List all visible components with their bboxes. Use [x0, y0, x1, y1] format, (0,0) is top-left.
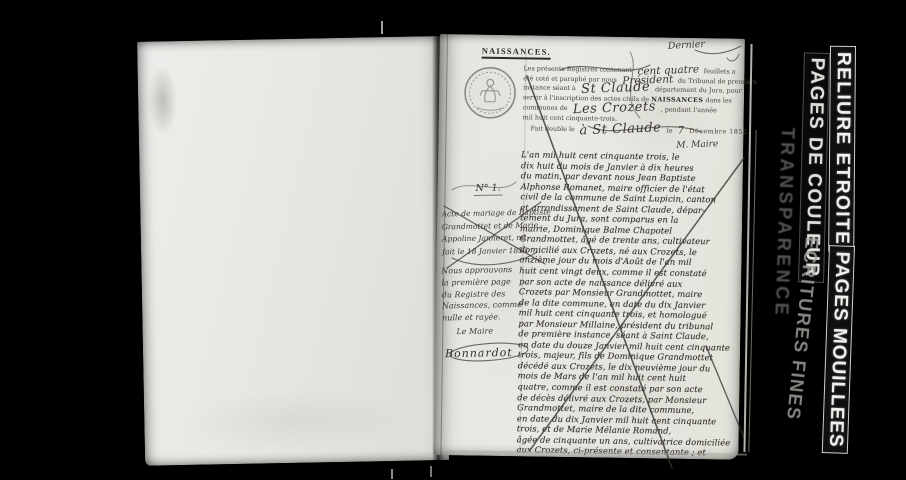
handwritten-fill: 7 — [678, 128, 685, 134]
printed-text: département du Jura, pour — [655, 86, 742, 95]
margin-note-line: Appoline Janneret, né — [442, 232, 522, 246]
printed-text: instance séant à — [523, 84, 576, 93]
printed-text: , pendant l'année — [661, 105, 717, 114]
printed-bold-word: NAISSANCES — [651, 95, 703, 104]
printed-register-declaration: Les présents Registres contenant cent qu… — [522, 64, 741, 137]
film-scratch — [391, 469, 393, 479]
printed-text: Les présents Registres contenant — [523, 64, 632, 74]
handwritten-fill: à St Claude — [580, 126, 662, 135]
printed-text: le — [667, 127, 673, 135]
mayor-signature: Bonnardot — [445, 346, 513, 360]
right-register-page: NAISSANCES. Dernier Les présents Registr… — [433, 34, 745, 460]
approval-note-line: Naissances, comme — [442, 299, 522, 312]
handwritten-fill: Les Crozets — [573, 104, 656, 113]
approval-note-line: la première page — [441, 276, 521, 289]
film-scratch — [381, 21, 383, 34]
printed-text: du Tribunal de première — [678, 76, 757, 85]
handwritten-fill: St Claude — [581, 85, 650, 94]
left-blank-page — [137, 36, 449, 466]
form-date-line: Fait double le à St Claude le 7 Décembre… — [522, 125, 740, 138]
label-transparence: TRANSPARENCE — [770, 127, 798, 318]
act-number: N° 1. — [473, 182, 502, 196]
label-pages-mouillees: PAGES MOUILLEES — [822, 245, 855, 454]
margin-crossed-note: Acte de mariage de BaptisteGrandmottet e… — [441, 207, 522, 259]
printed-text: communes de — [523, 103, 568, 112]
register-type-heading: NAISSANCES. — [482, 46, 551, 60]
printed-text: Fait double le — [530, 125, 574, 134]
margin-approval-note: Nous approuvonsla première pagedu Regist… — [441, 264, 522, 338]
approval-note-line: Le Maire — [442, 323, 522, 338]
corner-handwritten-note: Dernier — [668, 39, 706, 52]
printed-text: dans les — [705, 96, 732, 104]
margin-note-line: fait le 18 Janvier 1853 — [442, 244, 522, 258]
printed-date: Décembre 1852. — [689, 127, 750, 136]
label-reliure-etroite: RELIURE ETROITE — [828, 46, 856, 252]
printed-text: feuillets a — [704, 67, 736, 75]
margin-note-line: Acte de mariage de Baptiste — [441, 207, 521, 221]
official-seal-icon — [463, 65, 518, 120]
microfilm-scan: NAISSANCES. Dernier Les présents Registr… — [0, 0, 906, 480]
film-scratch — [430, 466, 432, 477]
birth-act-text: L'an mil huit cent cinquante trois, ledi… — [516, 149, 741, 458]
maire-handwritten-note: M. Maire — [676, 139, 718, 151]
page-stack-edge — [743, 44, 752, 452]
